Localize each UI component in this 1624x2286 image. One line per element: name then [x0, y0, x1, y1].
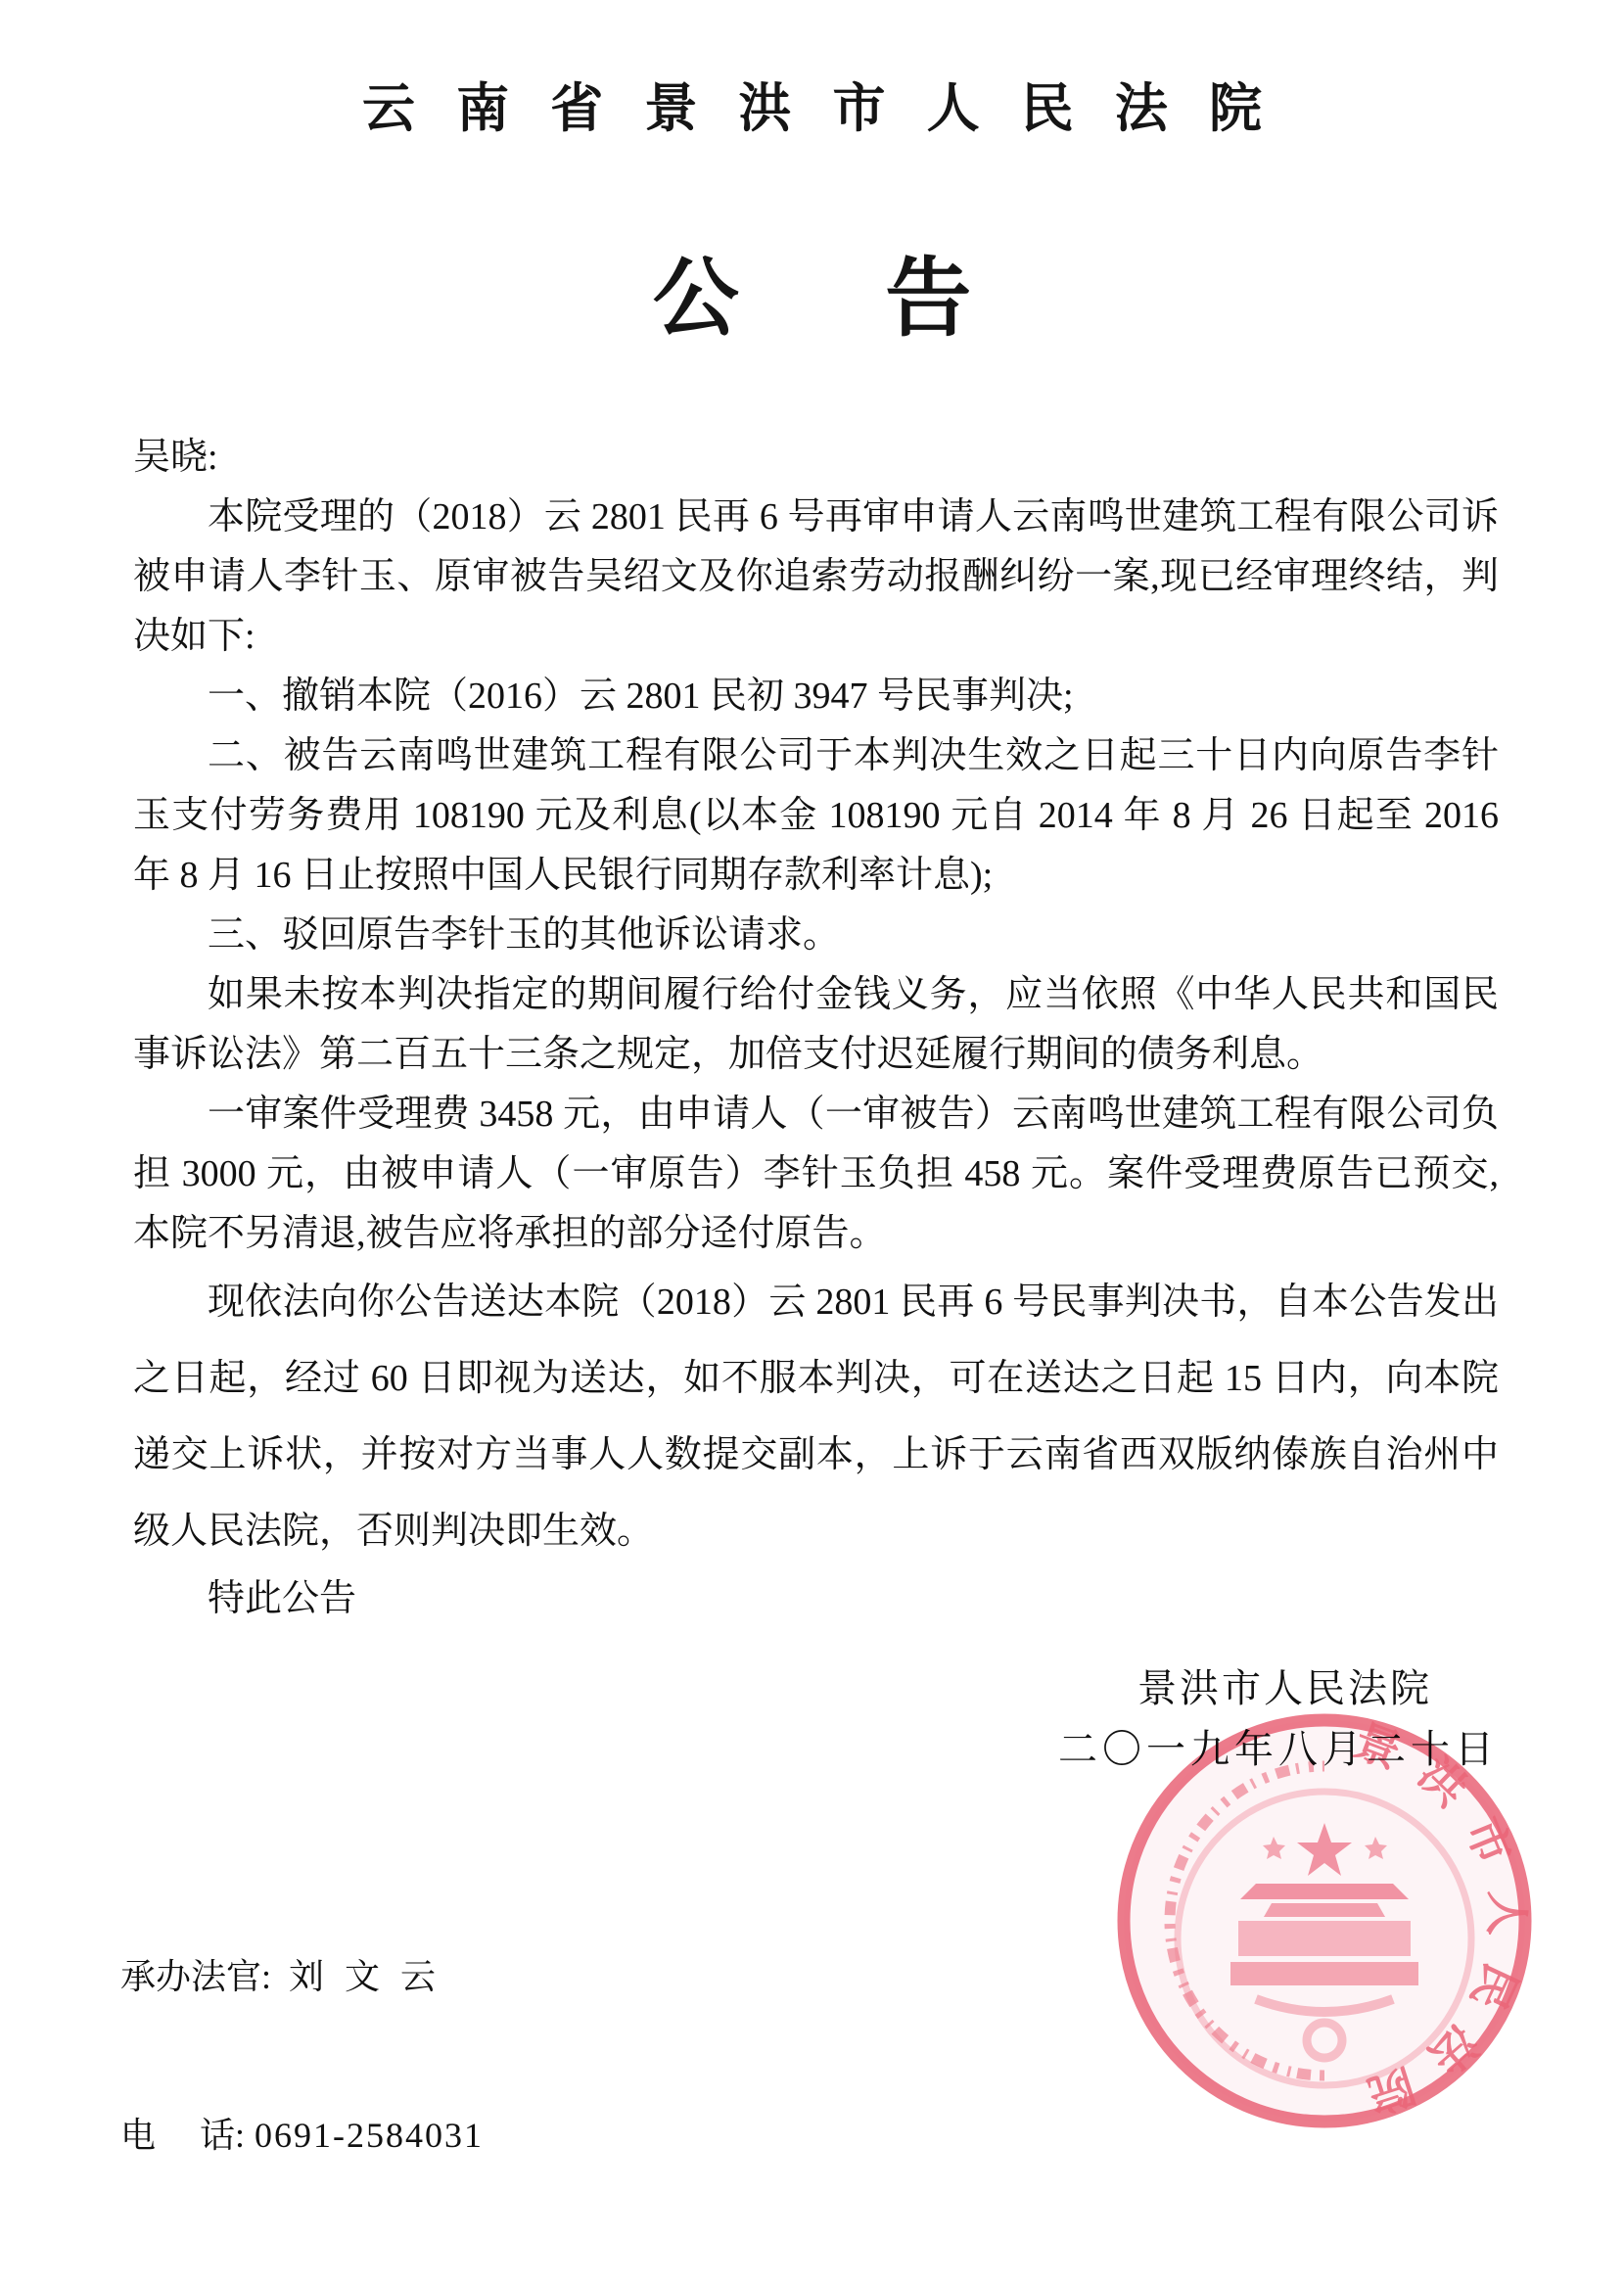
contact-footer: 承办法官:刘 文 云 电 话:0691-2584031 [120, 1844, 1499, 2267]
judge-label: 承办法官: [120, 1957, 271, 1996]
judgment-item-3: 三、驳回原告李针玉的其他诉讼请求。 [133, 906, 1499, 965]
judge-row: 承办法官:刘 文 云 [120, 1950, 1499, 2003]
signature-court-name: 景洪市人民法院 [133, 1658, 1432, 1719]
judge-name: 刘 文 云 [289, 1957, 436, 1996]
paragraph-law-basis: 如果未按本判决指定的期间履行给付金钱义务，应当依照《中华人民共和国民事诉讼法》第… [133, 965, 1499, 1085]
phone-label: 电 话: [120, 2116, 245, 2155]
salutation: 吴晓: [133, 428, 1499, 488]
document-title: 公告 [0, 230, 1624, 353]
announcement-page: 云南省景洪市人民法院 公告 吴晓: 本院受理的（2018）云 2801 民再 6… [0, 0, 1624, 2286]
judgment-item-2: 二、被告云南鸣世建筑工程有限公司于本判决生效之日起三十日内向原告李针玉支付劳务费… [133, 726, 1499, 906]
announcement-body: 吴晓: 本院受理的（2018）云 2801 民再 6 号再审申请人云南鸣世建筑工… [133, 428, 1499, 2267]
court-header-title: 云南省景洪市人民法院 [0, 0, 1624, 142]
signature-block: 景洪市人民法院 二〇一九年八月二十日 [133, 1658, 1499, 1780]
closing-statement: 特此公告 [133, 1569, 1499, 1629]
signature-date: 二〇一九年八月二十日 [133, 1719, 1499, 1780]
paragraph-service-notice: 现依法向你公告送达本院（2018）云 2801 民再 6 号民事判决书，自本公告… [133, 1264, 1499, 1569]
phone-row: 电 话:0691-2584031 [120, 2109, 1499, 2162]
paragraph-intro: 本院受理的（2018）云 2801 民再 6 号再审申请人云南鸣世建筑工程有限公… [133, 488, 1499, 667]
paragraph-court-fees: 一审案件受理费 3458 元，由申请人（一审被告）云南鸣世建筑工程有限公司负担 … [133, 1085, 1499, 1264]
phone-number: 0691-2584031 [255, 2116, 484, 2155]
judgment-item-1: 一、撤销本院（2016）云 2801 民初 3947 号民事判决; [133, 667, 1499, 726]
